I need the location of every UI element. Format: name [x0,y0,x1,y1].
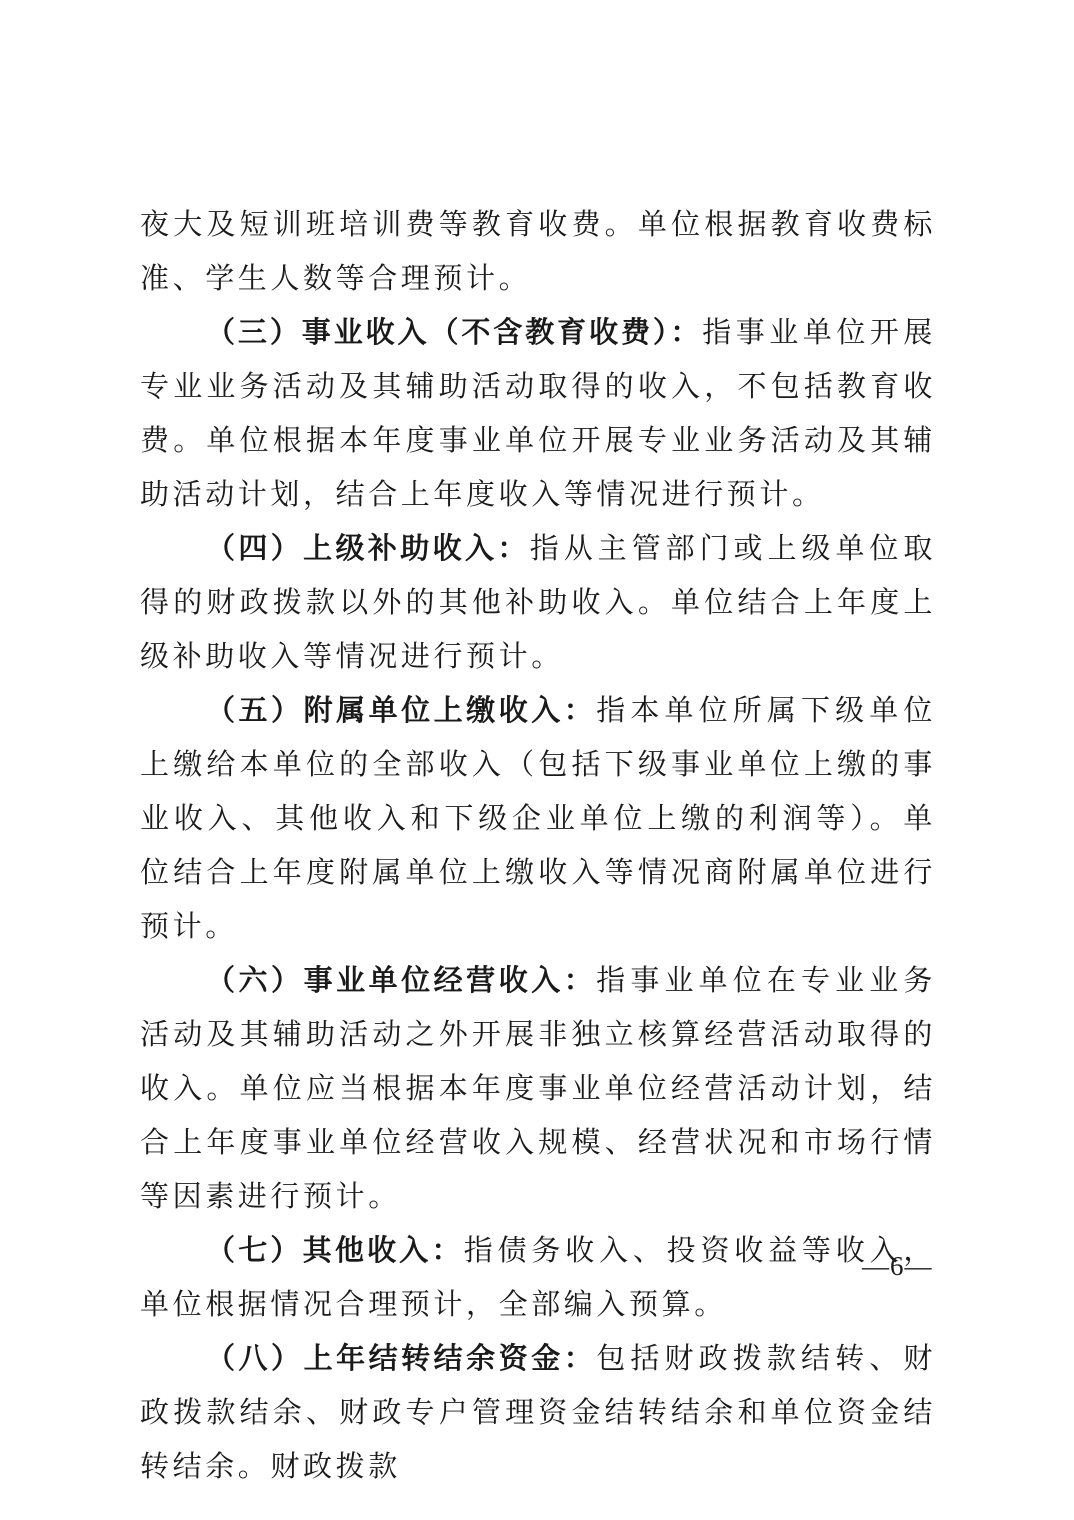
section-heading: （七）其他收入： [206,1233,464,1267]
section-heading: （六）事业单位经营收入： [206,963,596,997]
paragraph-other-income: （七）其他收入：指债务收入、投资收益等收入，单位根据情况合理预计，全部编入预算。 [140,1223,936,1331]
section-heading: （四）上级补助收入： [206,531,530,565]
section-heading: （五）附属单位上缴收入： [206,693,596,727]
paragraph-carryover-funds: （八）上年结转结余资金：包括财政拨款结转、财政拨款结余、财政专户管理资金结转结余… [140,1331,936,1493]
document-body: 夜大及短训班培训费等教育收费。单位根据教育收费标准、学生人数等合理预计。 （三）… [140,197,936,1493]
paragraph-subsidiary-remittance-income: （五）附属单位上缴收入：指本单位所属下级单位上缴给本单位的全部收入（包括下级事业… [140,683,936,953]
paragraph-text: 夜大及短训班培训费等教育收费。单位根据教育收费标准、学生人数等合理预计。 [140,207,936,295]
paragraph-superior-subsidy-income: （四）上级补助收入：指从主管部门或上级单位取得的财政拨款以外的其他补助收入。单位… [140,521,936,683]
paragraph-business-income: （三）事业收入（不含教育收费）：指事业单位开展专业业务活动及其辅助活动取得的收入… [140,305,936,521]
paragraph-text: 指本单位所属下级单位上缴给本单位的全部收入（包括下级事业单位上缴的事业收入、其他… [140,693,936,943]
section-heading: （八）上年结转结余资金： [206,1341,596,1375]
paragraph-education-fees-continued: 夜大及短训班培训费等教育收费。单位根据教育收费标准、学生人数等合理预计。 [140,197,936,305]
page-number: —6— [862,1246,933,1286]
section-heading: （三）事业收入（不含教育收费）： [206,315,702,349]
paragraph-text: 指事业单位在专业业务活动及其辅助活动之外开展非独立核算经营活动取得的收入。单位应… [140,963,936,1213]
paragraph-operating-income: （六）事业单位经营收入：指事业单位在专业业务活动及其辅助活动之外开展非独立核算经… [140,953,936,1223]
